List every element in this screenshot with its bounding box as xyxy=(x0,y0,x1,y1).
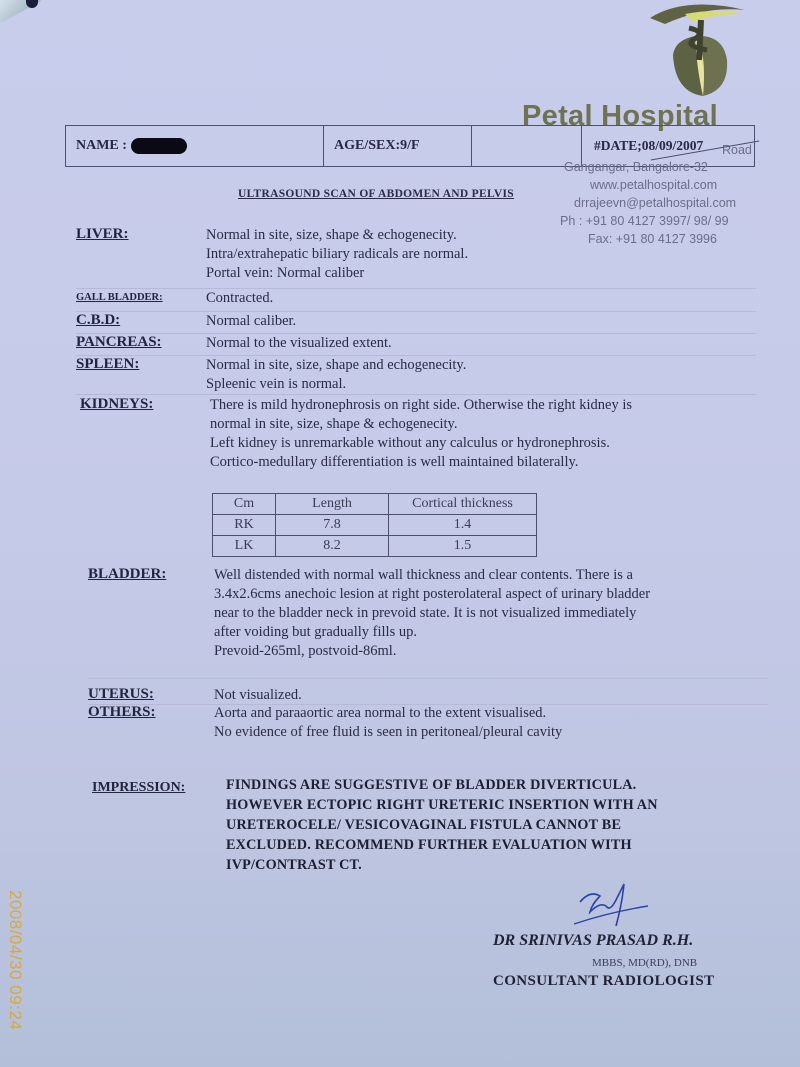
name-label: NAME : xyxy=(76,138,127,154)
finding-bladder: BLADDER: Well distended with normal wall… xyxy=(88,566,768,679)
finding-label: UTERUS: xyxy=(88,686,214,704)
finding-text: Cortico-medullary differentiation is wel… xyxy=(210,453,760,472)
table-header-row: Cm Length Cortical thickness xyxy=(213,494,537,515)
impression-line: IVP/CONTRAST CT. xyxy=(226,855,766,875)
finding-text: Well distended with normal wall thicknes… xyxy=(214,566,768,585)
finding-label: GALL BLADDER: xyxy=(76,289,206,311)
table-cell: 7.8 xyxy=(276,515,389,536)
finding-text: Normal in site, size, shape & echogeneci… xyxy=(206,226,756,245)
table-cell: RK xyxy=(213,515,276,536)
finding-text: Normal caliber. xyxy=(206,312,756,331)
redacted-name xyxy=(131,138,187,154)
age-sex: AGE/SEX:9/F xyxy=(324,126,472,166)
finding-others: OTHERS: Aorta and paraaortic area normal… xyxy=(88,704,768,744)
impression-line: FINDINGS ARE SUGGESTIVE OF BLADDER DIVER… xyxy=(226,775,766,795)
impression-line: HOWEVER ECTOPIC RIGHT URETERIC INSERTION… xyxy=(226,795,766,815)
finding-text: normal in site, size, shape & echogeneci… xyxy=(210,415,760,434)
table-cell: 1.4 xyxy=(389,515,537,536)
finding-liver: LIVER: Normal in site, size, shape & ech… xyxy=(76,226,756,289)
finding-spleen: SPLEEN: Normal in site, size, shape and … xyxy=(76,356,756,395)
finding-text: Aorta and paraaortic area normal to the … xyxy=(214,704,768,723)
finding-text: No evidence of free fluid is seen in per… xyxy=(214,723,768,742)
clip-tip xyxy=(26,0,38,8)
finding-text: Left kidney is unremarkable without any … xyxy=(210,434,760,453)
table-header: Cm xyxy=(213,494,276,515)
patient-name-cell: NAME : xyxy=(66,126,324,166)
finding-uterus: UTERUS: Not visualized. xyxy=(88,686,768,705)
kidney-measurements-table: Cm Length Cortical thickness RK 7.8 1.4 … xyxy=(212,493,537,557)
impression-line: EXCLUDED. RECOMMEND FURTHER EVALUATION W… xyxy=(226,835,766,855)
finding-text: Contracted. xyxy=(206,289,756,308)
table-header: Length xyxy=(276,494,389,515)
finding-label: OTHERS: xyxy=(88,704,214,744)
finding-text: Spleenic vein is normal. xyxy=(206,375,756,394)
caduceus-leaf-logo-icon xyxy=(645,0,755,100)
finding-label: BLADDER: xyxy=(88,566,214,678)
signatory-name: DR SRINIVAS PRASAD R.H. xyxy=(493,932,693,950)
finding-text: after voiding but gradually fills up. xyxy=(214,623,768,642)
finding-text: Not visualized. xyxy=(214,686,768,705)
finding-text: There is mild hydronephrosis on right si… xyxy=(210,396,760,415)
table-row: LK 8.2 1.5 xyxy=(213,536,537,557)
hospital-email: drrajeevn@petalhospital.com xyxy=(574,196,736,210)
finding-text: Prevoid-265ml, postvoid-86ml. xyxy=(214,642,768,661)
signatory-qualifications: MBBS, MD(RD), DNB xyxy=(592,957,697,969)
hospital-website: www.petalhospital.com xyxy=(590,178,717,192)
table-row: RK 7.8 1.4 xyxy=(213,515,537,536)
finding-pancreas: PANCREAS: Normal to the visualized exten… xyxy=(76,334,756,356)
finding-label: LIVER: xyxy=(76,226,206,288)
finding-cbd: C.B.D: Normal caliber. xyxy=(76,312,756,334)
table-header: Cortical thickness xyxy=(389,494,537,515)
table-cell: 8.2 xyxy=(276,536,389,557)
impression-text: FINDINGS ARE SUGGESTIVE OF BLADDER DIVER… xyxy=(226,775,766,875)
finding-text: Portal vein: Normal caliber xyxy=(206,264,756,283)
finding-text: near to the bladder neck in prevoid stat… xyxy=(214,604,768,623)
finding-text: 3.4x2.6cms anechoic lesion at right post… xyxy=(214,585,768,604)
finding-label: C.B.D: xyxy=(76,312,206,333)
finding-gall-bladder: GALL BLADDER: Contracted. xyxy=(76,289,756,312)
finding-text: Normal in site, size, shape and echogene… xyxy=(206,356,756,375)
address-line: Gangangar, Bangalore-32 xyxy=(564,160,708,174)
finding-label: KIDNEYS: xyxy=(80,396,210,546)
finding-text: Normal to the visualized extent. xyxy=(206,334,756,353)
impression-line: URETEROCELE/ VESICOVAGINAL FISTULA CANNO… xyxy=(226,815,766,835)
finding-label: PANCREAS: xyxy=(76,334,206,355)
signatory-title: CONSULTANT RADIOLOGIST xyxy=(493,973,715,990)
report-title: ULTRASOUND SCAN OF ABDOMEN AND PELVIS xyxy=(238,188,514,200)
finding-text: Intra/extrahepatic biliary radicals are … xyxy=(206,245,756,264)
finding-label: SPLEEN: xyxy=(76,356,206,394)
signature-icon xyxy=(570,882,670,932)
impression-label: IMPRESSION: xyxy=(92,780,185,796)
table-cell: LK xyxy=(213,536,276,557)
table-cell: 1.5 xyxy=(389,536,537,557)
camera-timestamp: 2008/04/30 09:24 xyxy=(5,890,25,1030)
